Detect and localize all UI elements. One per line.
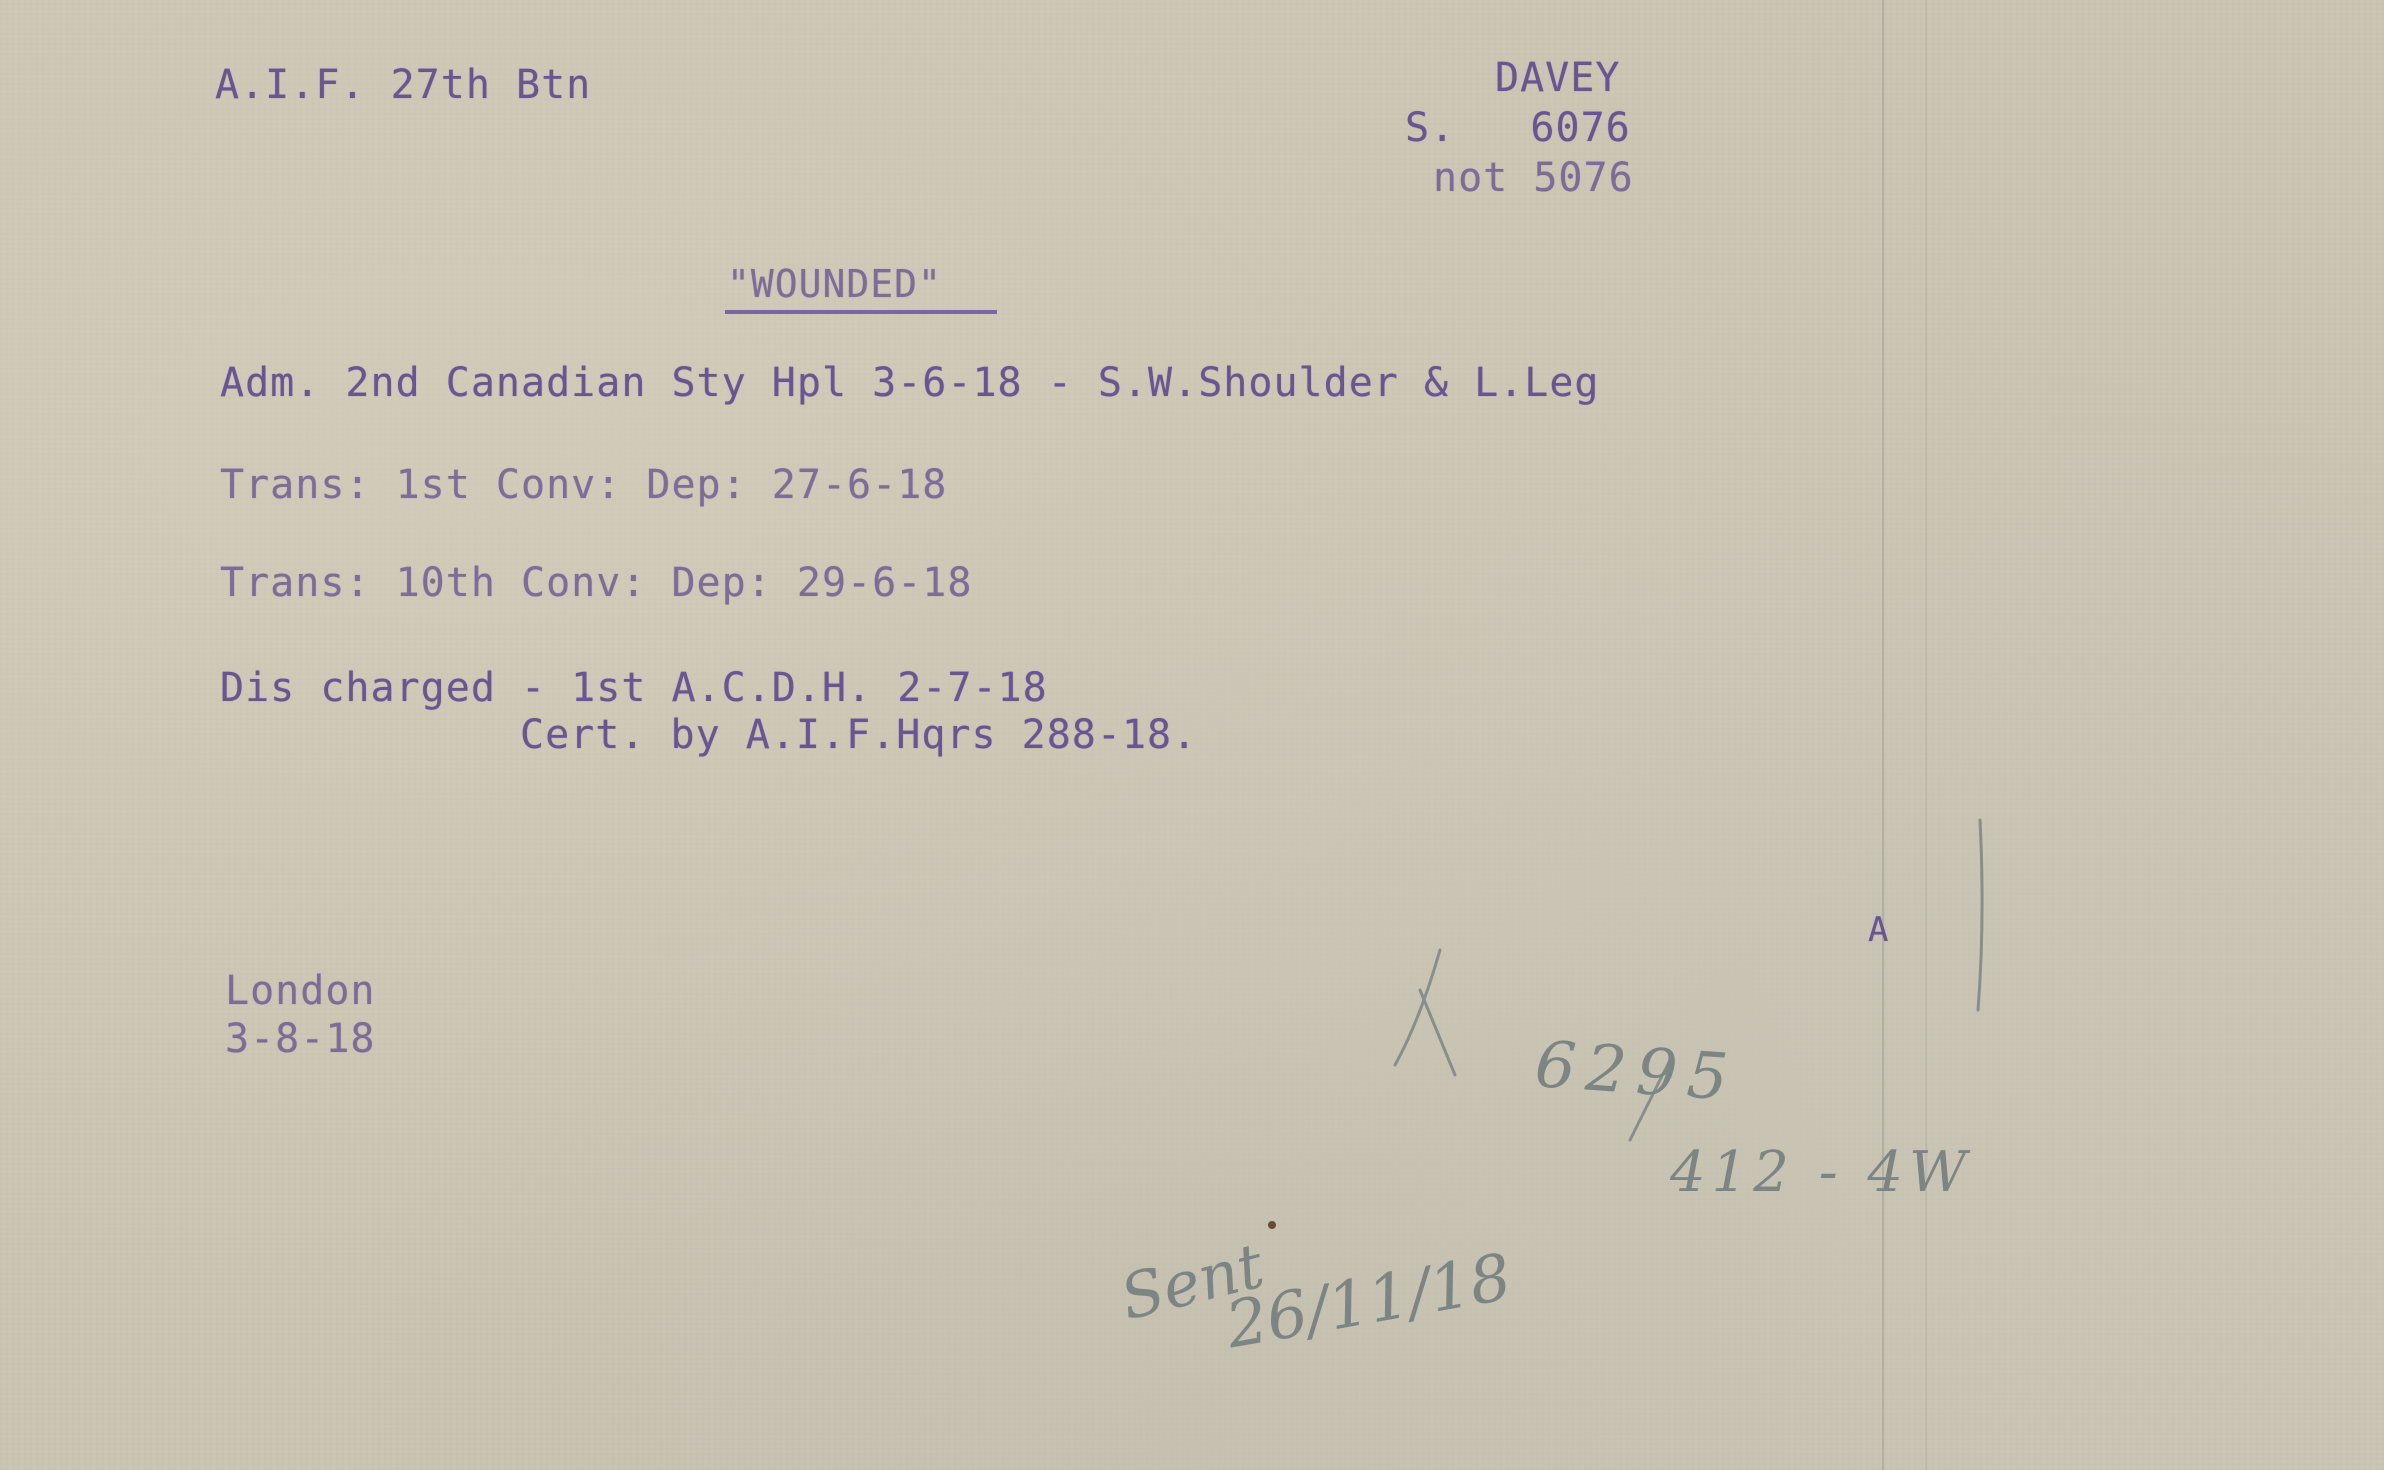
ink-spot <box>1268 1221 1276 1229</box>
margin-bracket <box>1978 820 1982 1010</box>
handwritten-code: 412 - 4W <box>1670 1140 1973 1205</box>
cross-mark-icon <box>1420 990 1455 1075</box>
handwritten-reference: 6295 <box>1533 1028 1741 1116</box>
